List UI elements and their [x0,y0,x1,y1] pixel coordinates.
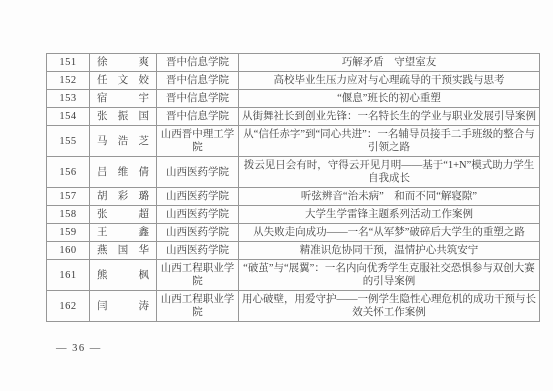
person-name-cell: 燕国华 [90,242,157,260]
row-number-cell: 151 [47,54,90,72]
school-name-cell: 山西工程职业学院 [157,291,239,322]
school-name-cell: 晋中信息学院 [157,54,239,72]
row-number-cell: 154 [47,108,90,126]
cases-table-body: 151 徐爽 晋中信息学院 巧解矛盾 守望室友 152 任文姣 晋中信息学院 高… [47,54,540,322]
row-number-cell: 156 [47,157,90,188]
row-number-cell: 155 [47,126,90,157]
school-name-cell: 山西医药学院 [157,157,239,188]
row-number-cell: 157 [47,188,90,206]
school-name-cell: 山西医药学院 [157,242,239,260]
school-name-cell: 山西工程职业学院 [157,260,239,291]
row-number-cell: 162 [47,291,90,322]
table-row: 156 吕维倩 山西医药学院 拨云见日会有时，守得云开见月明——基于“1+N”模… [47,157,540,188]
document-page: 151 徐爽 晋中信息学院 巧解矛盾 守望室友 152 任文姣 晋中信息学院 高… [0,0,553,391]
case-title-cell: 拨云见日会有时，守得云开见月明——基于“1+N”模式助力学生自我成长 [239,157,540,188]
table-row: 155 马浩芝 山西晋中理工学院 从“信任赤字”到“同心共进”：一名辅导员接手二… [47,126,540,157]
table-row: 159 王鑫 山西医药学院 从失败走向成功——一名“从军梦”破碎后大学生的重塑之… [47,224,540,242]
row-number-cell: 152 [47,72,90,90]
row-number-cell: 161 [47,260,90,291]
page-number: — 36 — [56,343,102,354]
case-title-cell: 巧解矛盾 守望室友 [239,54,540,72]
school-name-cell: 山西医药学院 [157,206,239,224]
school-name-cell: 山西医药学院 [157,188,239,206]
table-row: 161 熊枫 山西工程职业学院 “破茧”与“展翼”：一名内向优秀学生克服社交恐惧… [47,260,540,291]
school-name-cell: 晋中信息学院 [157,108,239,126]
table-row: 154 张振国 晋中信息学院 从街舞社长到创业先锋：一名特长生的学业与职业发展引… [47,108,540,126]
table-row: 158 张超 山西医药学院 大学生学雷锋主题系列活动工作案例 [47,206,540,224]
person-name-cell: 宿宇 [90,90,157,108]
case-title-cell: 听弦辨音“治未病” 和而不同“解寝隙” [239,188,540,206]
school-name-cell: 晋中信息学院 [157,90,239,108]
case-title-cell: 高校毕业生压力应对与心理疏导的干预实践与思考 [239,72,540,90]
person-name-cell: 马浩芝 [90,126,157,157]
case-title-cell: “破茧”与“展翼”：一名内向优秀学生克服社交恐惧参与双创大赛的引导案例 [239,260,540,291]
person-name-cell: 王鑫 [90,224,157,242]
school-name-cell: 晋中信息学院 [157,72,239,90]
person-name-cell: 吕维倩 [90,157,157,188]
person-name-cell: 徐爽 [90,54,157,72]
table-row: 157 胡彩璐 山西医药学院 听弦辨音“治未病” 和而不同“解寝隙” [47,188,540,206]
case-title-cell: 从街舞社长到创业先锋：一名特长生的学业与职业发展引导案例 [239,108,540,126]
table-row: 152 任文姣 晋中信息学院 高校毕业生压力应对与心理疏导的干预实践与思考 [47,72,540,90]
person-name-cell: 闫涛 [90,291,157,322]
case-title-cell: 精准识危协同干预，温情护心共筑安宁 [239,242,540,260]
table-row: 160 燕国华 山西医药学院 精准识危协同干预，温情护心共筑安宁 [47,242,540,260]
row-number-cell: 160 [47,242,90,260]
person-name-cell: 张超 [90,206,157,224]
school-name-cell: 山西晋中理工学院 [157,126,239,157]
table-row: 153 宿宇 晋中信息学院 “偃息”班长的初心重塑 [47,90,540,108]
row-number-cell: 158 [47,206,90,224]
table-row: 162 闫涛 山西工程职业学院 用心破壁，用爱守护——一例学生隐性心理危机的成功… [47,291,540,322]
case-title-cell: 用心破壁，用爱守护——一例学生隐性心理危机的成功干预与长效关怀工作案例 [239,291,540,322]
person-name-cell: 张振国 [90,108,157,126]
case-title-cell: 从“信任赤字”到“同心共进”：一名辅导员接手二手班级的整合与引领之路 [239,126,540,157]
case-title-cell: 大学生学雷锋主题系列活动工作案例 [239,206,540,224]
row-number-cell: 159 [47,224,90,242]
case-title-cell: “偃息”班长的初心重塑 [239,90,540,108]
school-name-cell: 山西医药学院 [157,224,239,242]
table-row: 151 徐爽 晋中信息学院 巧解矛盾 守望室友 [47,54,540,72]
person-name-cell: 熊枫 [90,260,157,291]
person-name-cell: 任文姣 [90,72,157,90]
cases-table: 151 徐爽 晋中信息学院 巧解矛盾 守望室友 152 任文姣 晋中信息学院 高… [46,53,540,322]
case-title-cell: 从失败走向成功——一名“从军梦”破碎后大学生的重塑之路 [239,224,540,242]
row-number-cell: 153 [47,90,90,108]
person-name-cell: 胡彩璐 [90,188,157,206]
